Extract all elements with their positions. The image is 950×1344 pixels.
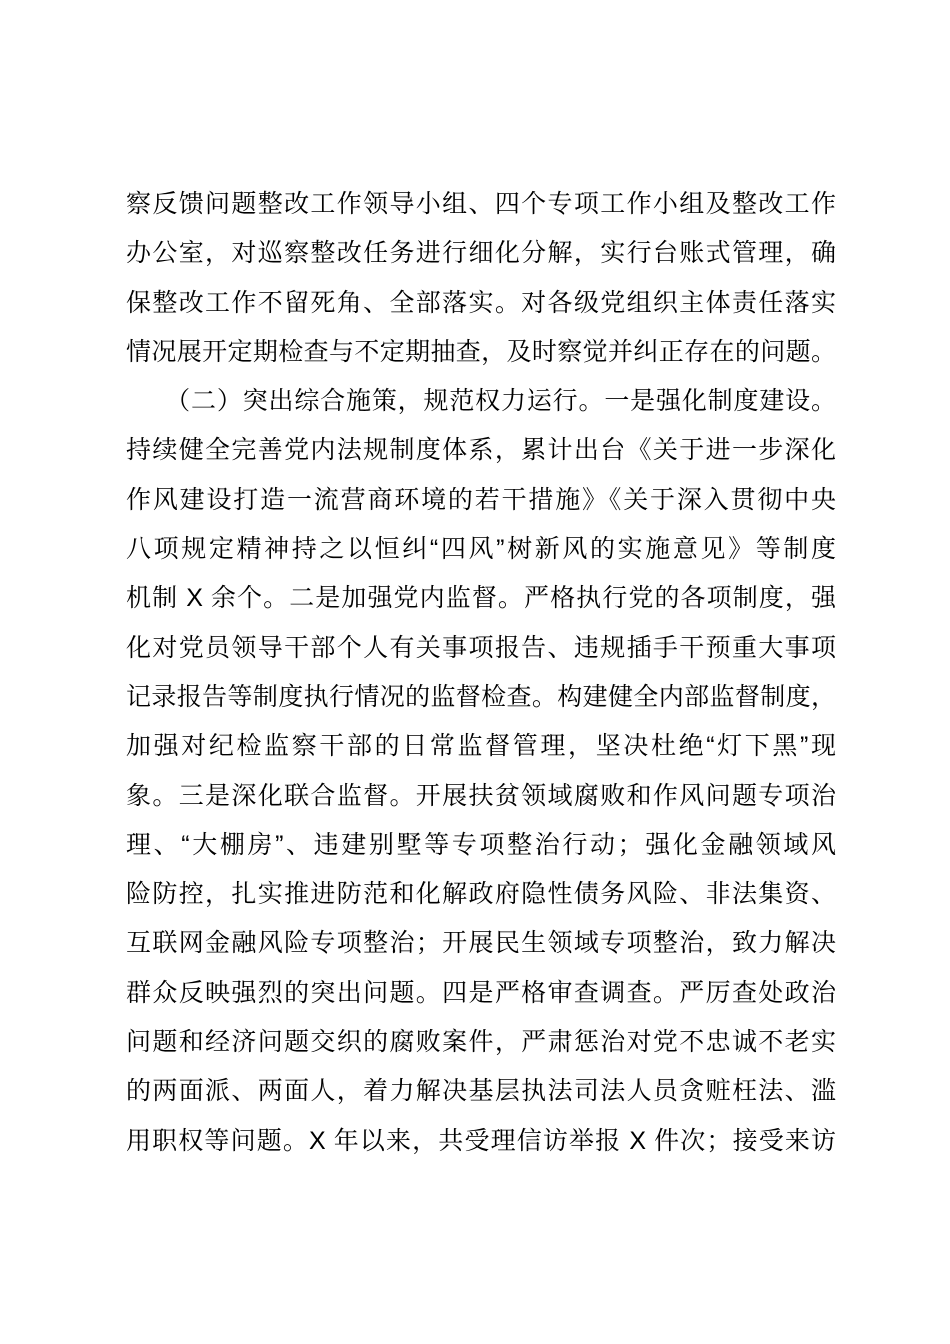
text-line: 察反馈问题整改工作领导小组、四个专项工作小组及整改工作	[126, 180, 836, 229]
document-body-text: 察反馈问题整改工作领导小组、四个专项工作小组及整改工作办公室，对巡察整改任务进行…	[126, 180, 836, 1166]
text-line: 加强对纪检监察干部的日常监督管理，坚决杜绝“灯下黑”现	[126, 722, 836, 771]
text-line: 记录报告等制度执行情况的监督检查。构建健全内部监督制度，	[126, 673, 836, 722]
text-line: 象。三是深化联合监督。开展扶贫领域腐败和作风问题专项治	[126, 772, 836, 821]
text-line: （二）突出综合施策，规范权力运行。一是强化制度建设。	[126, 377, 836, 426]
text-line: 机制 X 余个。二是加强党内监督。严格执行党的各项制度，强	[126, 574, 836, 623]
paragraph-section-two: （二）突出综合施策，规范权力运行。一是强化制度建设。持续健全完善党内法规制度体系…	[126, 377, 836, 1166]
text-line: 理、“大棚房”、违建别墅等专项整治行动；强化金融领域风	[126, 821, 836, 870]
text-line: 办公室，对巡察整改任务进行细化分解，实行台账式管理，确	[126, 229, 836, 278]
text-line: 持续健全完善党内法规制度体系，累计出台《关于进一步深化	[126, 426, 836, 475]
text-line: 保整改工作不留死角、全部落实。对各级党组织主体责任落实	[126, 279, 836, 328]
text-line: 化对党员领导干部个人有关事项报告、违规插手干预重大事项	[126, 624, 836, 673]
text-line: 险防控，扎实推进防范和化解政府隐性债务风险、非法集资、	[126, 870, 836, 919]
text-line: 群众反映强烈的突出问题。四是严格审查调查。严厉查处政治	[126, 969, 836, 1018]
text-line: 作风建设打造一流营商环境的若干措施》《关于深入贯彻中央	[126, 476, 836, 525]
text-line: 八项规定精神持之以恒纠“四风”树新风的实施意见》等制度	[126, 525, 836, 574]
text-line: 的两面派、两面人，着力解决基层执法司法人员贪赃枉法、滥	[126, 1067, 836, 1116]
text-line: 情况展开定期检查与不定期抽查，及时察觉并纠正存在的问题。	[126, 328, 836, 377]
paragraph-continuation: 察反馈问题整改工作领导小组、四个专项工作小组及整改工作办公室，对巡察整改任务进行…	[126, 180, 836, 377]
document-page: 察反馈问题整改工作领导小组、四个专项工作小组及整改工作办公室，对巡察整改任务进行…	[0, 0, 950, 1344]
text-line: 用职权等问题。X 年以来，共受理信访举报 X 件次；接受来访	[126, 1117, 836, 1166]
text-line: 问题和经济问题交织的腐败案件，严肃惩治对党不忠诚不老实	[126, 1018, 836, 1067]
text-line: 互联网金融风险专项整治；开展民生领域专项整治，致力解决	[126, 919, 836, 968]
